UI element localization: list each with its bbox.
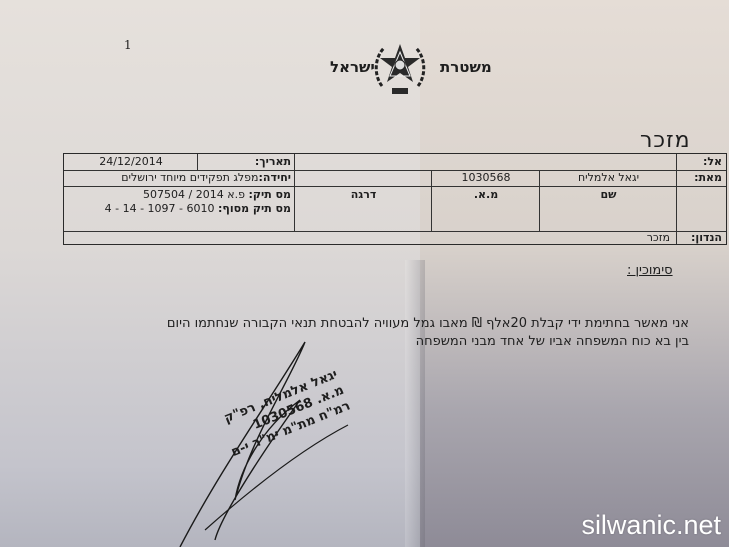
date-value: 24/12/2014	[64, 155, 198, 170]
to-value	[364, 154, 674, 170]
unit-field: יחידה:מפלג תפקידים מיוחד ירושלים	[63, 171, 291, 186]
name-value: יגאל אלמליח	[540, 171, 677, 186]
id-header: מ.א.	[432, 188, 540, 231]
document-title: מזכר	[640, 128, 691, 153]
to-row: אל: תאריך: 24/12/2014	[64, 154, 726, 171]
file-number-field: מס תיק: פ.א 2014 / 507504 מס תיק מסוף: 4…	[63, 188, 291, 231]
subject-value: מזכר	[470, 231, 670, 244]
body-text-line-2: בין בא כוח המשפחה אביו של אחד מבני המשפח…	[416, 334, 689, 349]
officer-stamp: יגאל אלמליח, רפ"ק מ.א. 1030568 רמ"ח מת"מ…	[176, 366, 364, 504]
to-label: אל:	[682, 155, 722, 170]
memo-document: 1 משטרת ישראל מזכר אל: תאריך: 24/12/2014…	[0, 0, 729, 547]
body-text-line-1: אני מאשר בחתימת ידי קבלת 20אלף ₪ מאבו גמ…	[167, 316, 689, 331]
file-number-label: מס תיק:	[248, 188, 291, 201]
references-label: סימוכין :	[627, 263, 673, 278]
subject-label: הנדון:	[682, 231, 722, 244]
final-file-number-label: מס תיק מסוף:	[218, 202, 291, 215]
details-row: שם מ.א. דרגה מס תיק: פ.א 2014 / 507504 מ…	[64, 186, 726, 232]
memo-header-table: אל: תאריך: 24/12/2014 מאת: יגאל אלמליח 1…	[63, 153, 727, 245]
page-number: 1	[124, 38, 132, 52]
from-label: מאת:	[682, 171, 722, 186]
rank-header: דרגה	[295, 188, 432, 231]
org-name-police: משטרת	[440, 58, 492, 76]
from-row: מאת: יגאל אלמליח 1030568 יחידה:מפלג תפקי…	[64, 170, 726, 187]
org-name-israel: ישראל	[330, 58, 375, 76]
final-file-number-value: 4 - 14 - 1097 - 6010	[105, 202, 215, 215]
subject-row: הנדון: מזכר	[64, 231, 726, 244]
unit-value: מפלג תפקידים מיוחד ירושלים	[121, 171, 258, 184]
id-value: 1030568	[432, 171, 540, 186]
police-emblem-icon	[372, 38, 428, 100]
rank-value	[295, 170, 432, 186]
date-label: תאריך:	[231, 155, 291, 170]
name-header: שם	[540, 188, 677, 231]
source-watermark: silwanic.net	[581, 510, 721, 541]
unit-label: יחידה:	[259, 171, 291, 184]
file-number-value: פ.א 2014 / 507504	[143, 188, 245, 201]
